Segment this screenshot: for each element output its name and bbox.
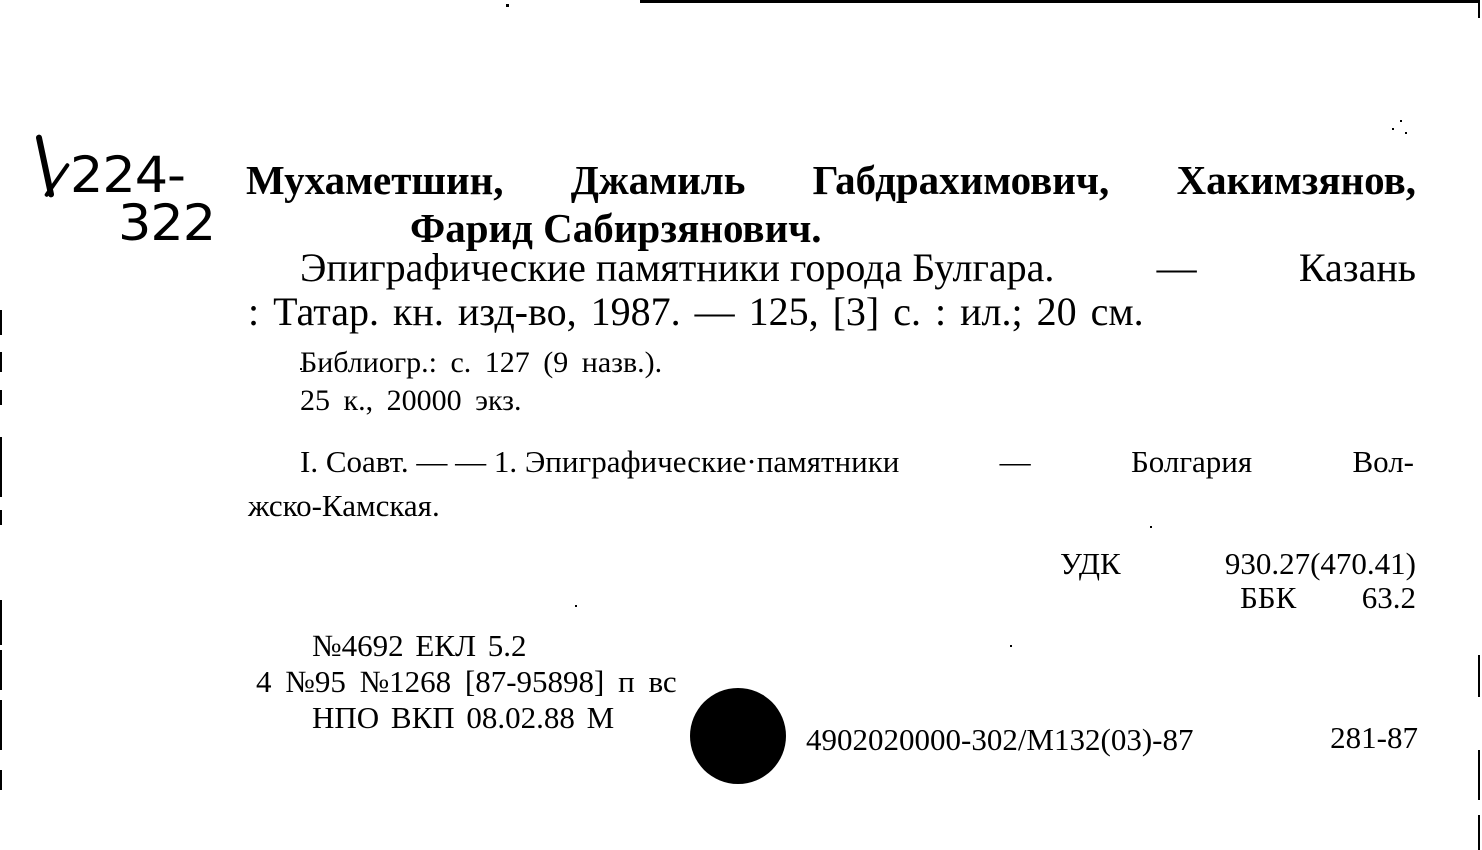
catalog-code: 4902020000-302/М132(03)-87 <box>806 724 1193 755</box>
printing-info-line1: №4692 ЕКЛ 5.2 <box>312 630 526 661</box>
bbk-label: ББК <box>1240 582 1296 613</box>
udk-value: 930.27(470.41) <box>1225 548 1416 579</box>
scan-speck <box>300 368 302 370</box>
coauthor-surname: Хакимзянов, <box>1177 160 1416 201</box>
tracing-dash: — <box>1000 446 1031 477</box>
card-left-edge <box>0 510 2 525</box>
card-left-edge <box>0 650 2 690</box>
author-surname: Мухаметшин, <box>246 160 504 201</box>
bibliography-note: Библиогр.: с. 127 (9 назв.). <box>300 348 662 378</box>
printing-info-line2: 4 №95 №1268 [87-95898] п вс <box>256 666 677 697</box>
title-dash: — <box>1157 248 1197 288</box>
printing-info-line3: НПО ВКП 08.02.88 М <box>312 702 614 733</box>
tracings-line1: I. Соавт. — — 1. Эпиграфические·памятник… <box>300 446 1414 477</box>
price-copies-note: 25 к., 20000 экз. <box>300 386 521 416</box>
scan-speck <box>506 4 509 7</box>
punched-hole-stamp <box>690 688 786 784</box>
card-right-edge <box>1478 750 1480 800</box>
card-left-edge <box>0 437 2 497</box>
authors-line2: Фарид Сабирзянович. <box>410 208 822 249</box>
author-first-name: Джамиль <box>571 160 746 201</box>
card-right-edge <box>1478 0 1480 18</box>
scan-speck <box>575 605 577 607</box>
card-right-edge <box>1478 655 1480 697</box>
scan-speck <box>1400 120 1402 122</box>
subject-heading: I. Соавт. — — 1. Эпиграфические·памятник… <box>300 446 899 477</box>
card-left-edge <box>0 310 2 335</box>
call-number-line2: 322 <box>118 198 215 248</box>
card-left-edge <box>0 700 2 750</box>
bbk-value: 63.2 <box>1362 582 1416 613</box>
scan-speck <box>1150 526 1152 528</box>
catalog-card: 224- 322 Мухаметшин, Джамиль Габдрахимов… <box>0 0 1482 850</box>
tracings-line2: жско-Камская. <box>248 490 440 521</box>
book-title: Эпиграфические памятники города Булгара. <box>300 248 1054 288</box>
region-name: Болгария <box>1131 446 1252 477</box>
card-left-edge <box>0 770 2 790</box>
authors-line1: Мухаметшин, Джамиль Габдрахимович, Хаким… <box>246 160 1416 201</box>
catalog-number: 281-87 <box>1330 722 1418 753</box>
udk-label: УДК <box>1060 548 1121 579</box>
card-left-edge <box>0 600 2 645</box>
call-number-line1: 224- <box>70 150 185 200</box>
region-name-continued: Вол- <box>1352 446 1414 477</box>
publication-city: Казань <box>1299 248 1416 288</box>
scan-speck <box>1010 645 1012 647</box>
title-line1: Эпиграфические памятники города Булгара.… <box>300 248 1416 288</box>
publication-details: : Татар. кн. изд-во, 1987. — 125, [3] с.… <box>248 292 1144 332</box>
scan-speck <box>1392 128 1394 130</box>
scan-speck <box>1405 132 1407 134</box>
card-top-edge <box>640 0 1478 3</box>
card-left-edge <box>0 390 2 405</box>
card-right-edge <box>1478 815 1480 850</box>
author-patronymic: Габдрахимович, <box>813 160 1110 201</box>
card-left-edge <box>0 352 2 372</box>
